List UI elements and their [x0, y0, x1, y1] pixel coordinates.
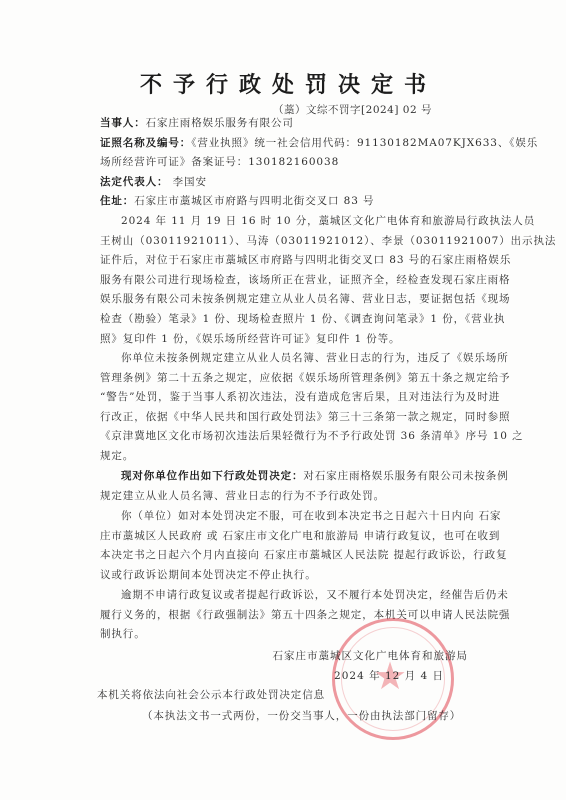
paragraph-appeal-rights: 你（单位）如对本处罚决定不服，可在收到本决定书之日起六十日内向 石家 庄市藁城区… — [100, 507, 469, 585]
text-line: 规定建立从业人员名簿、营业日志的行为不予行政处罚。 — [100, 487, 469, 507]
text-line: 本决定书之日起六个月内直接向 石家庄市藁城区人民法院 提起行政诉讼，行政复 — [100, 546, 469, 566]
text-line: 服务有限公司进行现场检查，该场所正在营业，证照齐全，经检查发现石家庄雨格 — [100, 271, 469, 291]
text-line: 《京津冀地区文化市场初次违法后果轻微行为不予行政处罚 36 条清单》序号 10 … — [100, 427, 469, 447]
address-row: 住址：石家庄市藁城区市府路与四明北街交叉口 83 号 — [100, 192, 469, 212]
footer-notice: 本机关将依法向社会公示本行政处罚决定信息 — [97, 686, 466, 706]
issuer-name: 石家庄市藁城区文化广电体育和旅游局 — [273, 648, 469, 663]
paragraph-inspection: 2024 年 11 月 19 日 16 时 10 分，藁城区文化广电体育和旅游局… — [100, 212, 469, 349]
address-value: 石家庄市藁城区市府路与四明北街交叉口 83 号 — [134, 195, 374, 207]
text-line: 规定。 — [100, 447, 469, 467]
party-row: 当事人：石家庄雨格娱乐服务有限公司 — [100, 114, 469, 134]
decision-text: 对石家庄雨格娱乐服务有限公司未按条例 — [303, 470, 508, 482]
text-line: 管理条例》第二十五条之规定，应依据《娱乐场所管理条例》第五十条之规定给予 — [100, 369, 469, 389]
document-title: 不予行政处罚决定书 — [0, 68, 566, 99]
text-line: 行改正，依据《中华人民共和国行政处罚法》第三十三条第一款之规定，同时参照 — [100, 408, 469, 428]
text-line: 证件后，对位于石家庄市藁城区市府路与四明北街交叉口 83 号的石家庄雨格娱乐 — [100, 251, 469, 271]
text-line: 履行义务的，根据《行政强制法》第五十四条之规定，本机关可以申请人民法院强 — [100, 606, 469, 626]
license-value-line1: 《营业执照》统一社会信用代码：91130182MA07KJX633、《娱乐 — [191, 137, 538, 149]
document-page: 不予行政处罚决定书 （藁）文综不罚字[2024] 02 号 当事人：石家庄雨格娱… — [0, 0, 566, 800]
license-value-line2: 场所经营许可证》备案证号：130182160038 — [100, 156, 339, 168]
text-line: 你（单位）如对本处罚决定不服，可在收到本决定书之日起六十日内向 石家 — [100, 507, 469, 527]
text-line: 照》复印件 1 份，《娱乐场所经营许可证》复印件 1 份等。 — [100, 330, 469, 350]
paragraph-enforcement: 逾期不申请行政复议或者提起行政诉讼，又不履行本处罚决定，经催告后仍未 履行义务的… — [100, 586, 469, 645]
party-label: 当事人： — [100, 117, 146, 129]
text-line: 制执行。 — [100, 625, 469, 645]
license-label: 证照名称及编号： — [100, 137, 191, 149]
party-info: 当事人：石家庄雨格娱乐服务有限公司 证照名称及编号：《营业执照》统一社会信用代码… — [100, 114, 469, 212]
text-line: “警告”处罚，鉴于当事人系初次违法，没有造成危害后果，且对违法行为及时进 — [100, 388, 469, 408]
text-line: 娱乐服务有限公司未按条例规定建立从业人员名簿、营业日志，要证据包括《现场 — [100, 290, 469, 310]
address-label: 住址： — [100, 195, 134, 207]
issue-date: 2024 年 12 月 4 日 — [334, 668, 444, 683]
representative-row: 法定代表人： 李国安 — [100, 173, 469, 193]
text-line: 庄市藁城区人民政府 或 石家庄市文化广电和旅游局 申请行政复议，也可在收到 — [100, 527, 469, 547]
paragraph-legal-basis: 你单位未按条例规定建立从业人员名簿、营业日志的行为，违反了《娱乐场所 管理条例》… — [100, 349, 469, 467]
footer-copies: （本执法文书一式两份，一份交当事人，一份由执法部门留存） — [142, 707, 462, 727]
representative-value: 李国安 — [168, 176, 206, 188]
party-value: 石家庄雨格娱乐服务有限公司 — [146, 117, 294, 129]
text-line: 检查（勘验）笔录》1 份、现场检查照片 1 份、《调查询问笔录》1 份，《营业执 — [100, 310, 469, 330]
license-row: 证照名称及编号：《营业执照》统一社会信用代码：91130182MA07KJX63… — [100, 134, 469, 154]
text-line: 王树山（03011921011）、马涛（03011921012）、李景（0301… — [100, 232, 469, 252]
representative-label: 法定代表人： — [100, 176, 168, 188]
paragraph-decision: 现对你单位作出如下行政处罚决定：对石家庄雨格娱乐服务有限公司未按条例 规定建立从… — [100, 467, 469, 506]
decision-label: 现对你单位作出如下行政处罚决定： — [121, 470, 303, 482]
text-line: 议或行政诉讼期间本处罚决定不停止执行。 — [100, 566, 469, 586]
decision-line: 现对你单位作出如下行政处罚决定：对石家庄雨格娱乐服务有限公司未按条例 — [100, 467, 469, 487]
license-row-cont: 场所经营许可证》备案证号：130182160038 — [100, 153, 469, 173]
text-line: 逾期不申请行政复议或者提起行政诉讼，又不履行本处罚决定，经催告后仍未 — [100, 586, 469, 606]
text-line: 你单位未按条例规定建立从业人员名簿、营业日志的行为，违反了《娱乐场所 — [100, 349, 469, 369]
text-line: 2024 年 11 月 19 日 16 时 10 分，藁城区文化广电体育和旅游局… — [100, 212, 469, 232]
